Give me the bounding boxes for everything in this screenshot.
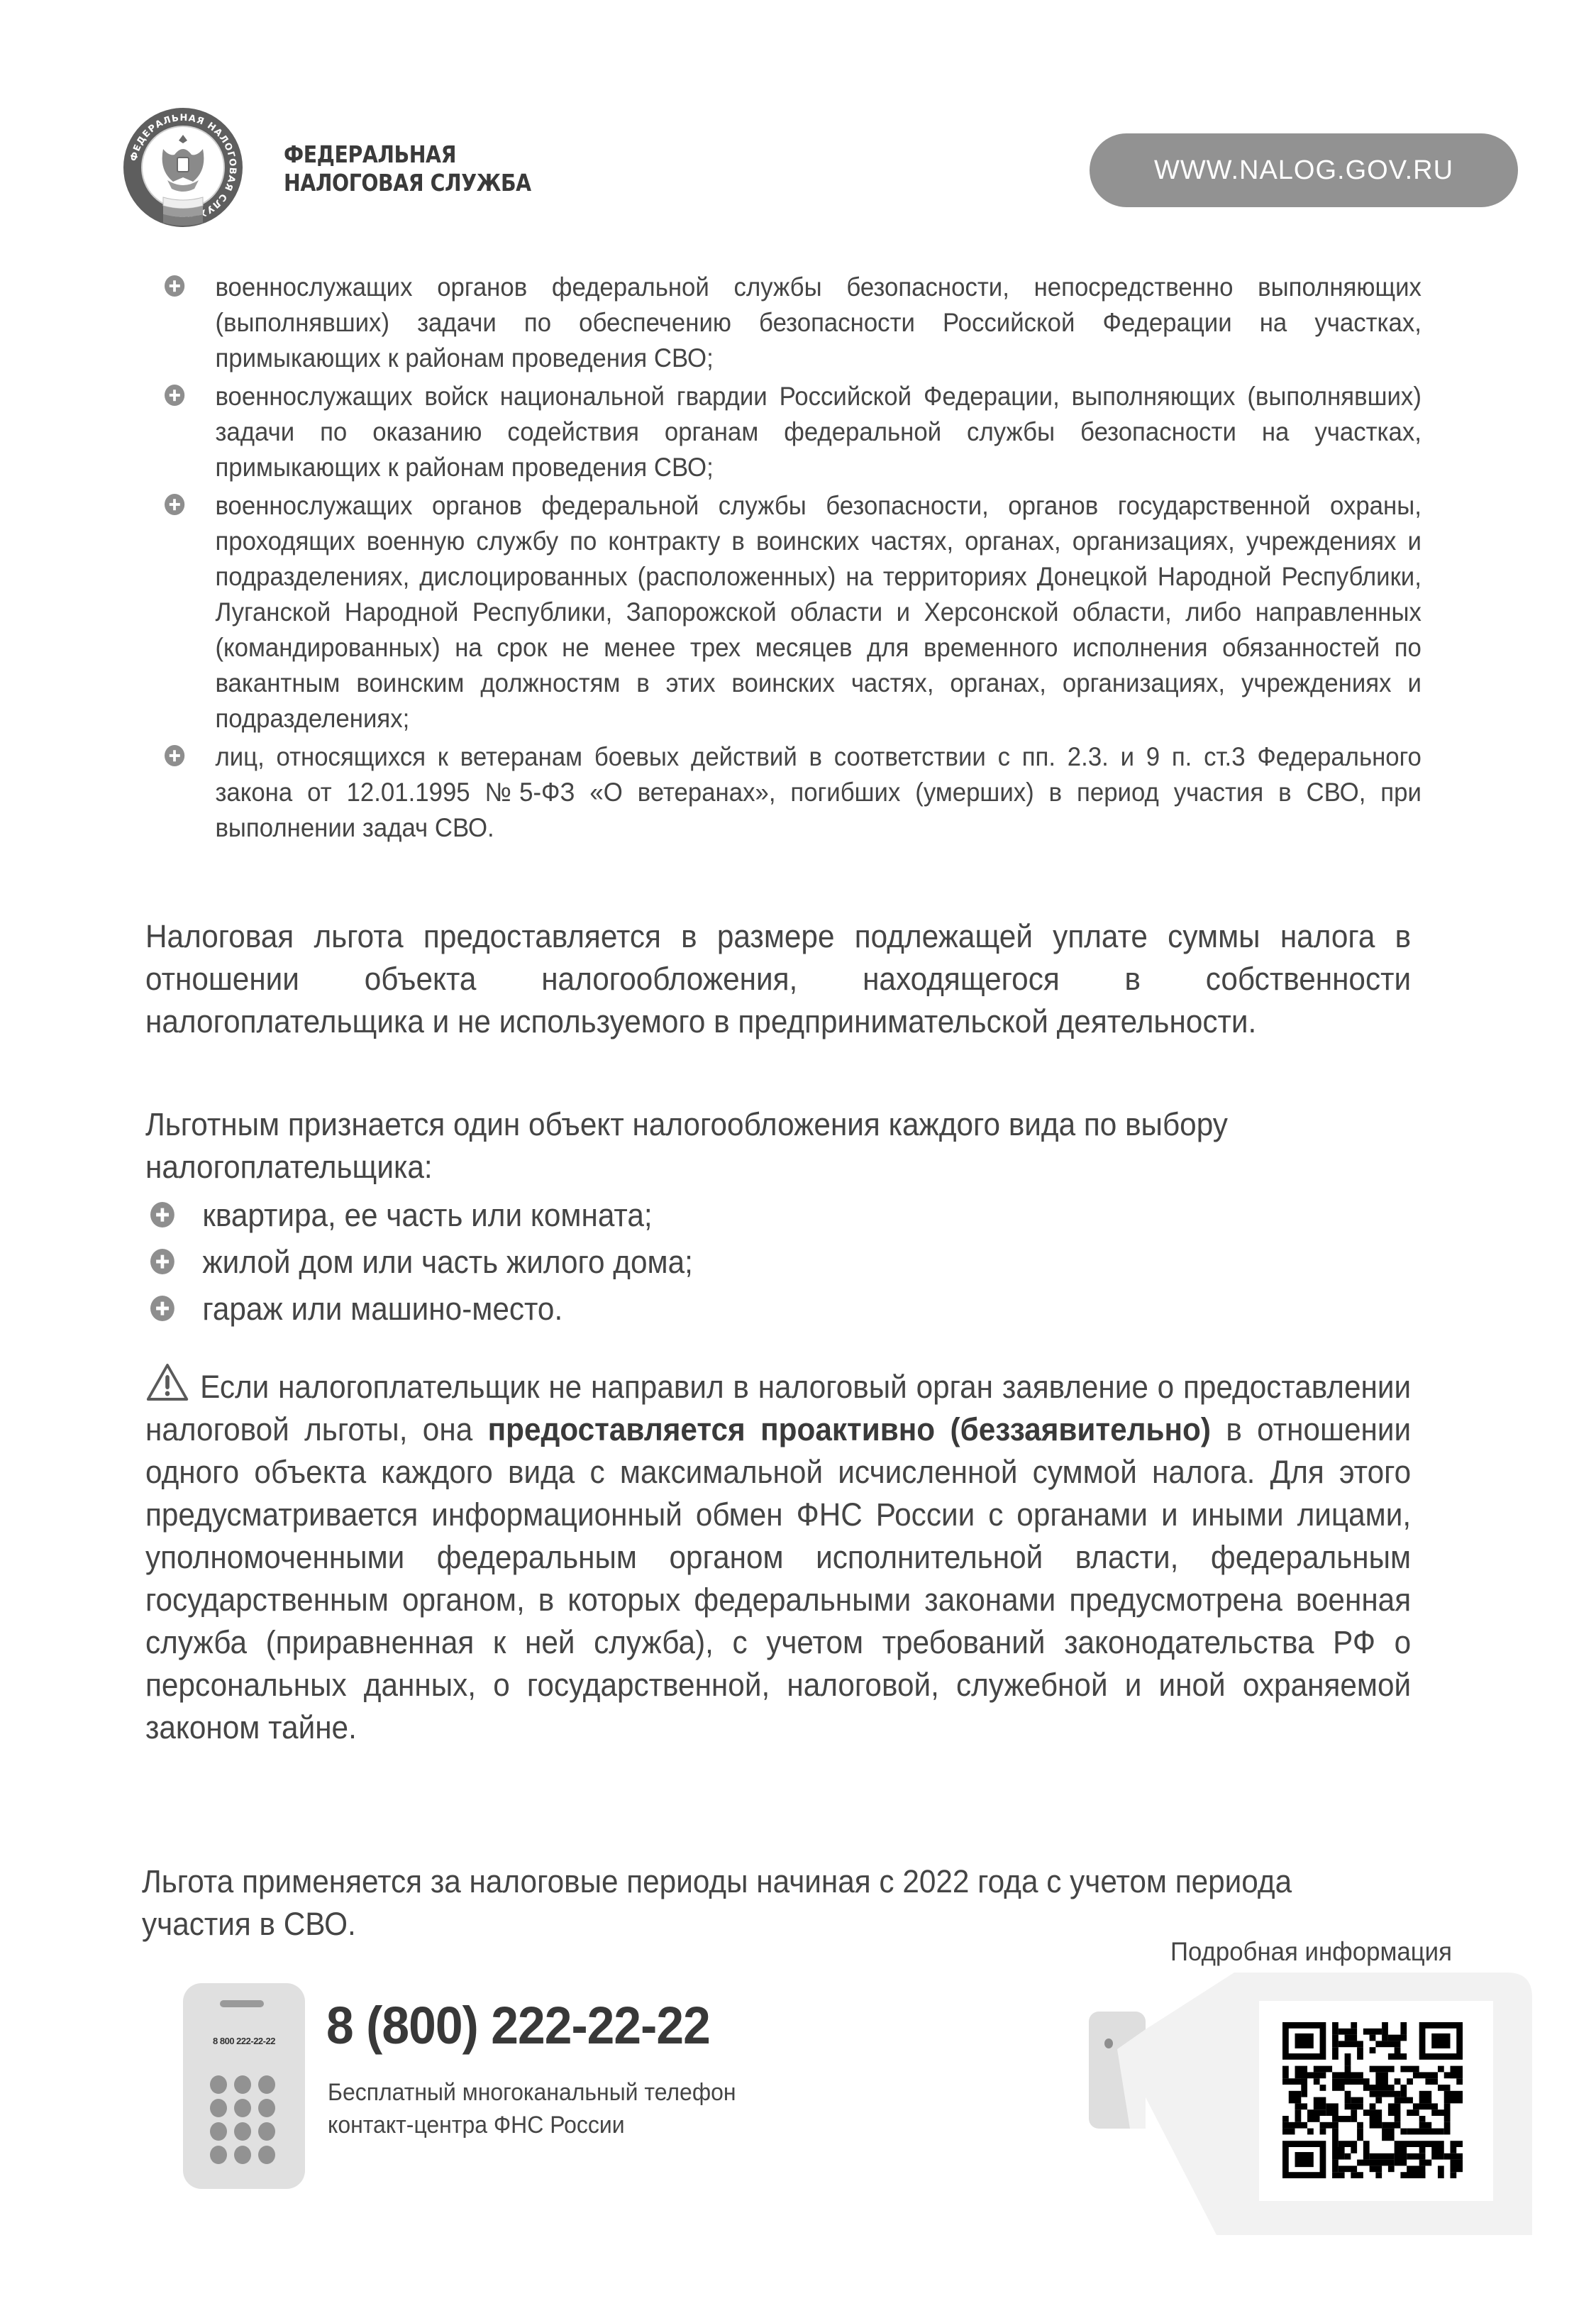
hotline-caption-line2: контакт-центра ФНС России [328, 2109, 736, 2141]
list-item: гараж или машино-место. [150, 1286, 1351, 1333]
list-item-text: квартира, ее часть или комната; [202, 1197, 652, 1233]
website-link[interactable]: WWW.NALOG.GOV.RU [1090, 133, 1518, 207]
plus-circle-icon [165, 275, 184, 297]
list-item-text: военнослужащих органов федеральной служб… [215, 491, 1421, 733]
warning-text-end: в отношении одного объекта каждого вида … [145, 1411, 1411, 1745]
hotline-phone-number[interactable]: 8 (800) 222-22-22 [326, 1995, 710, 2056]
hotline-caption-line1: Бесплатный многоканальный телефон [328, 2076, 736, 2109]
list-item-text: военнослужащих органов федеральной служб… [215, 272, 1421, 373]
paragraph-period: Льгота применяется за налоговые периоды … [142, 1860, 1409, 1946]
phone-screen-number: 8 800 222-22-22 [183, 2036, 305, 2046]
phone-speaker-icon [220, 2000, 264, 2007]
list-item: военнослужащих войск национальной гварди… [165, 379, 1422, 485]
beneficiaries-list: военнослужащих органов федеральной служб… [165, 270, 1422, 846]
plus-circle-icon [150, 1249, 174, 1274]
qr-code-icon[interactable] [1282, 2022, 1463, 2178]
plus-circle-icon [165, 745, 184, 766]
org-title-line1: ФЕДЕРАЛЬНАЯ [284, 140, 531, 169]
warning-text-bold: предоставляется проактивно (беззаявитель… [488, 1411, 1211, 1447]
paragraph-benefit-amount: Налоговая льгота предоставляется в разме… [145, 915, 1411, 1043]
list-item: жилой дом или часть жилого дома; [150, 1239, 1351, 1286]
warning-paragraph: Если налогоплательщик не направил в нало… [145, 1362, 1411, 1749]
plus-circle-icon [150, 1296, 174, 1321]
org-title-line2: НАЛОГОВАЯ СЛУЖБА [284, 169, 531, 197]
warning-triangle-icon [145, 1362, 189, 1402]
paragraph-objects-intro: Льготным признается один объект налогооб… [145, 1103, 1411, 1188]
list-item-text: лиц, относящихся к ветеранам боевых дейс… [215, 742, 1421, 842]
plus-circle-icon [165, 494, 184, 515]
list-item: квартира, ее часть или комната; [150, 1192, 1351, 1239]
list-item: лиц, относящихся к ветеранам боевых дейс… [165, 739, 1422, 846]
hotline-caption: Бесплатный многоканальный телефон контак… [328, 2076, 736, 2141]
phone-illustration: 8 800 222-22-22 [183, 1983, 305, 2189]
objects-list: квартира, ее часть или комната; жилой до… [150, 1192, 1351, 1333]
keypad-icon [210, 2075, 275, 2163]
list-item-text: гараж или машино-место. [202, 1291, 563, 1327]
list-item: военнослужащих органов федеральной служб… [165, 488, 1422, 737]
org-title: ФЕДЕРАЛЬНАЯ НАЛОГОВАЯ СЛУЖБА [284, 140, 531, 197]
list-item-text: жилой дом или часть жилого дома; [202, 1244, 693, 1280]
list-item: военнослужащих органов федеральной служб… [165, 270, 1422, 376]
list-item-text: военнослужащих войск национальной гварди… [215, 382, 1421, 482]
plus-circle-icon [150, 1202, 174, 1228]
plus-circle-icon [165, 385, 184, 406]
fns-emblem-logo: ФЕДЕРАЛЬНАЯ НАЛОГОВАЯ СЛУЖБА [122, 106, 244, 233]
